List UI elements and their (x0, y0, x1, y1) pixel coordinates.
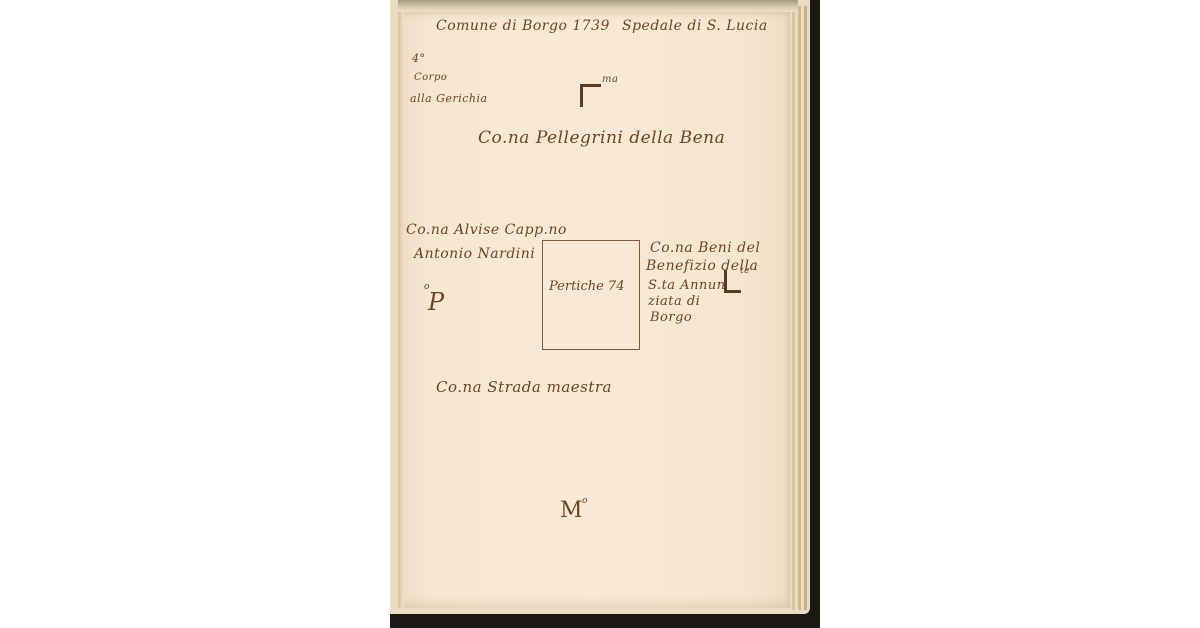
top-page-edge (398, 0, 798, 12)
margin-note-line: alla Gerichia (410, 92, 488, 105)
margin-note-line: Corpo (414, 72, 447, 83)
south-marker-icon: M (560, 498, 583, 523)
west-marker-superscript: o (424, 282, 430, 292)
manuscript-scan: Comune di Borgo 1739 Spedale di S. Lucia… (390, 0, 820, 628)
east-boundary-line: Borgo (650, 310, 692, 325)
page-edge (792, 6, 795, 610)
binding-gutter (398, 8, 404, 608)
east-boundary-line: ziata di (648, 294, 700, 309)
header-left-note: Comune di Borgo 1739 (436, 18, 610, 34)
east-boundary-line: S.ta Annun (648, 278, 726, 293)
west-boundary-line: Co.na Alvise Capp.no (406, 222, 567, 238)
parcel-square: Pertiche 74 (542, 240, 640, 350)
page-edge (804, 6, 807, 610)
margin-note-number: 4° (412, 52, 426, 65)
south-marker-superscript: o (582, 496, 588, 506)
south-boundary-label: Co.na Strada maestra (436, 378, 612, 396)
north-boundary-label: Co.na Pellegrini della Bena (478, 128, 725, 148)
west-marker-icon: P (428, 288, 445, 316)
east-boundary-line: Co.na Beni del (650, 240, 760, 256)
header-right-note: Spedale di S. Lucia (622, 18, 768, 34)
north-marker-superscript: ma (602, 74, 618, 85)
east-marker-superscript: te (740, 266, 750, 276)
page-edge (798, 6, 801, 610)
parcel-area-label: Pertiche 74 (549, 279, 624, 294)
west-boundary-line: Antonio Nardini (414, 246, 535, 262)
east-marker-icon (724, 270, 741, 293)
north-marker-icon (580, 84, 601, 107)
